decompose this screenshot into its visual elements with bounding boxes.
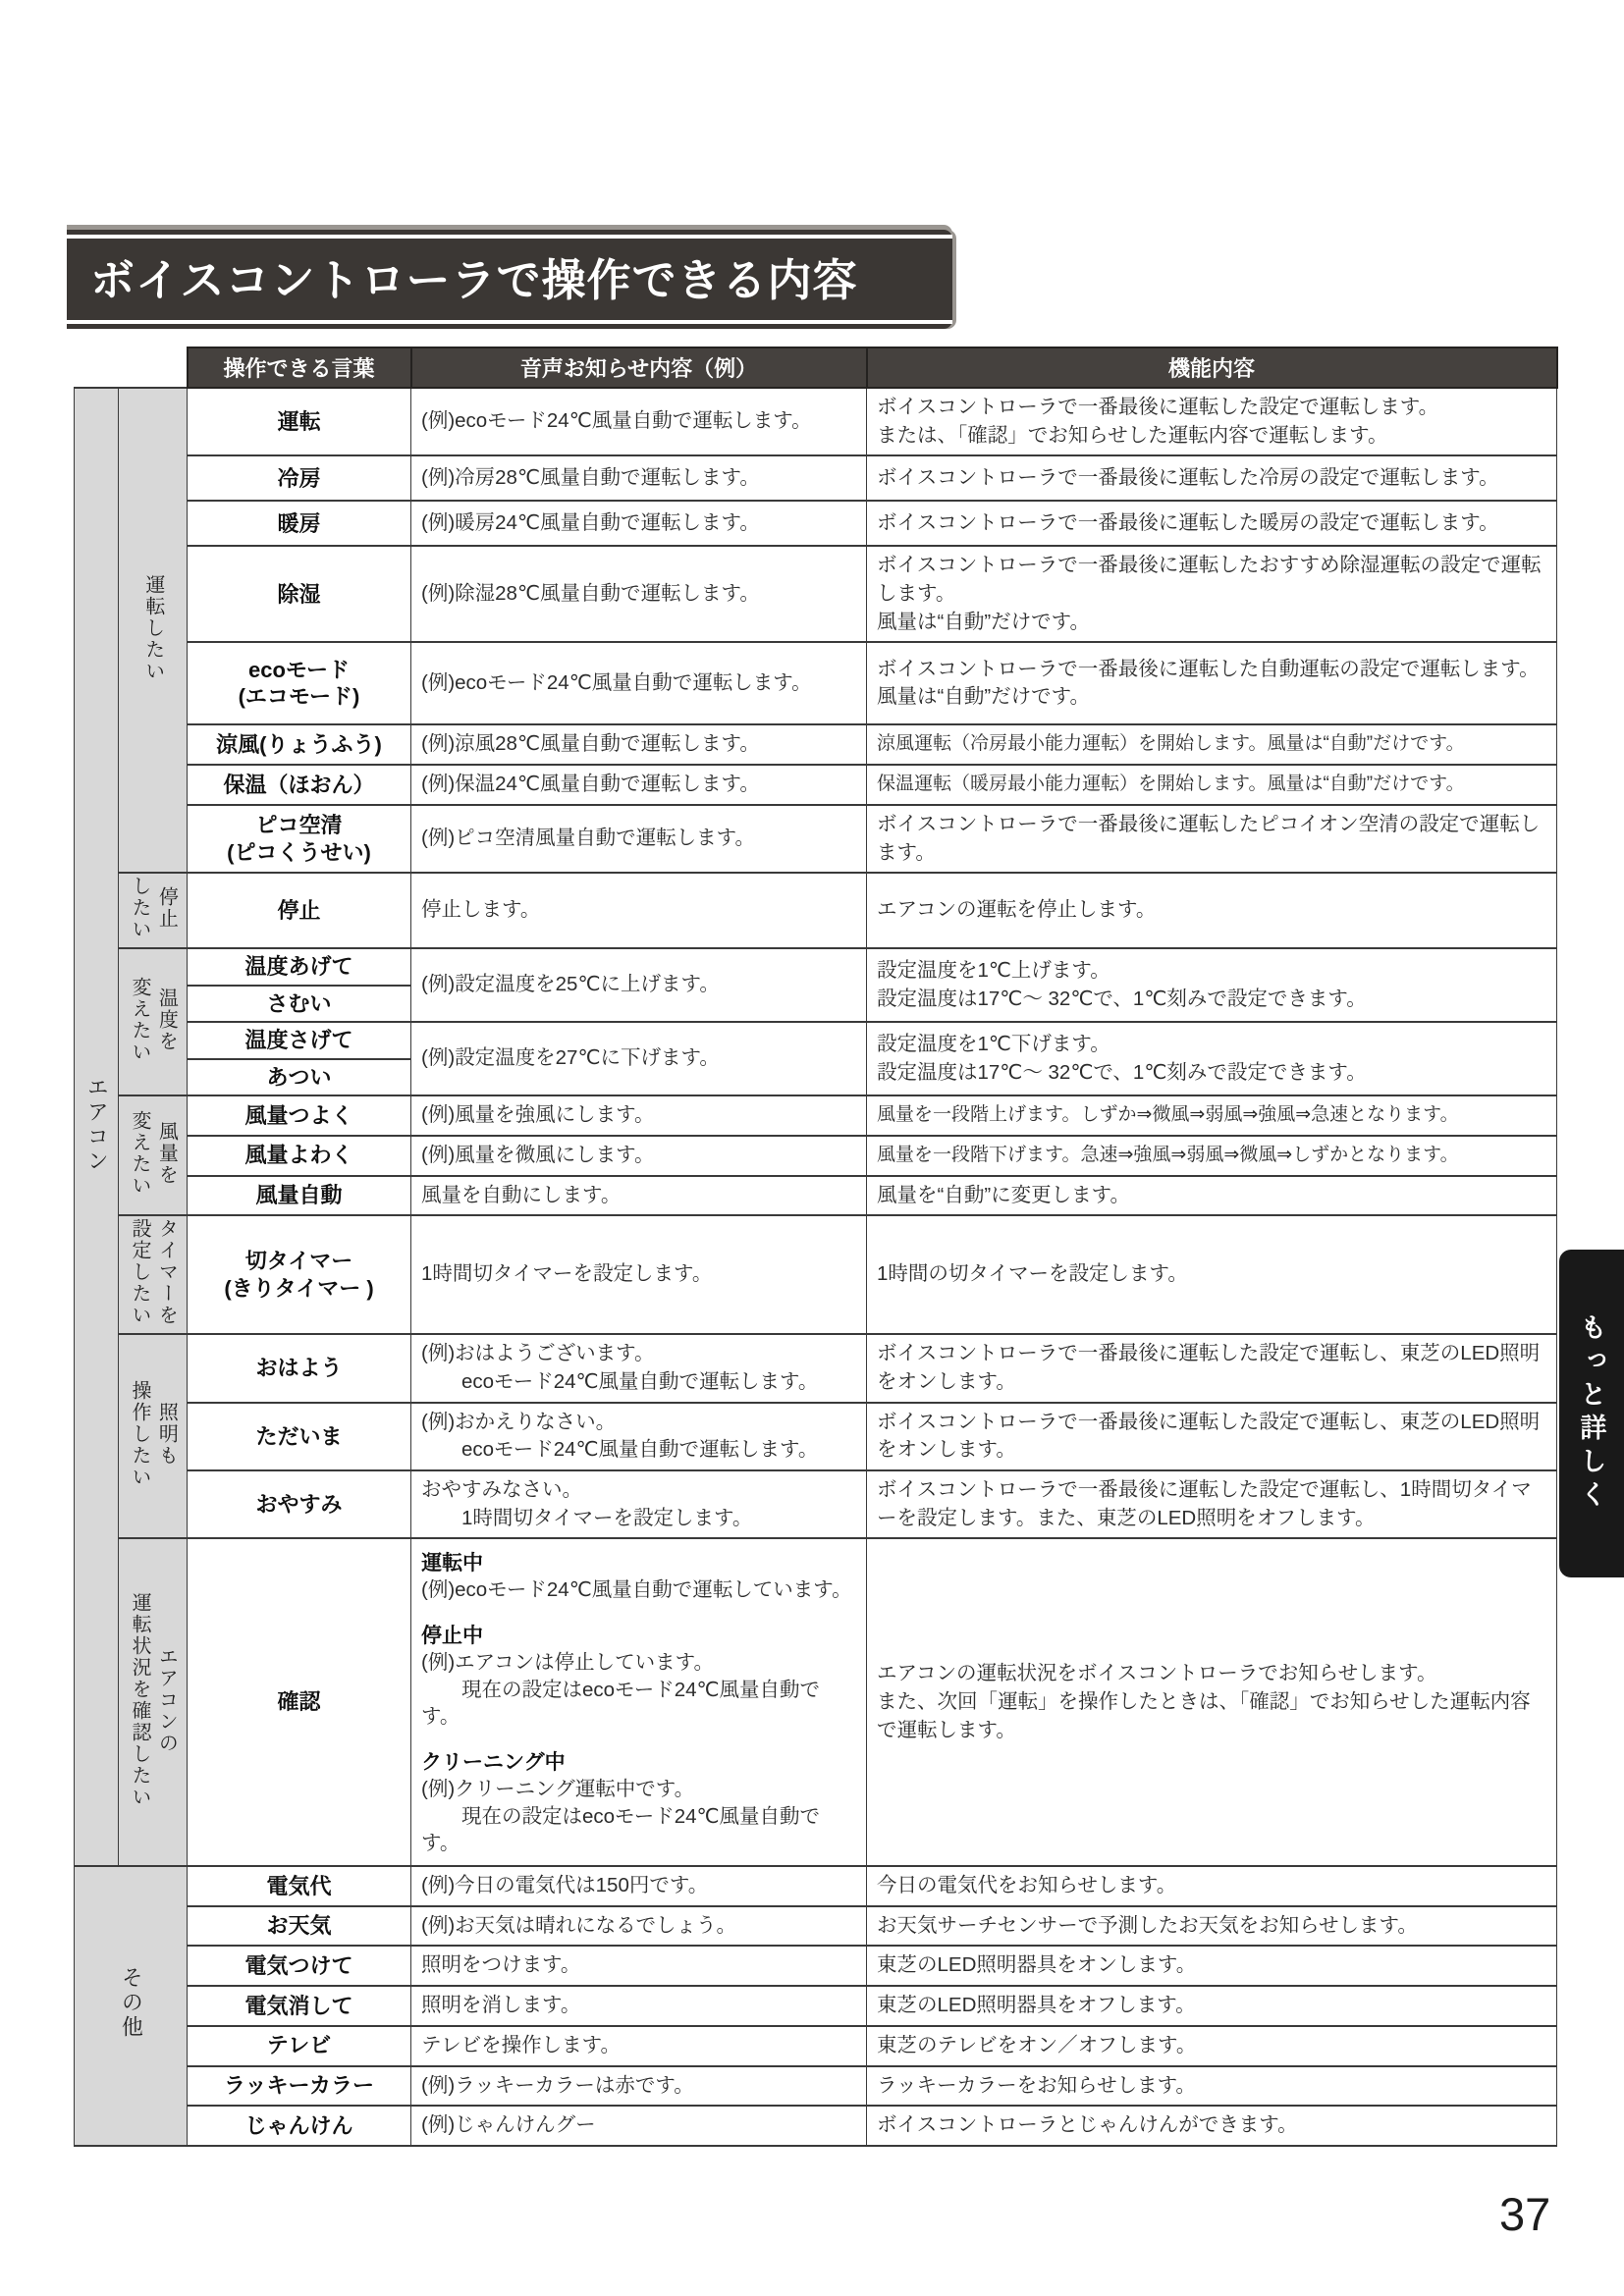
voice-cell: (例)保温24℃風量自動で運転します。 <box>411 765 867 805</box>
table-row: じゃんけん (例)じゃんけんグー ボイスコントローラとじゃんけんができます。 <box>75 2106 1557 2146</box>
func-cell: ボイスコントローラで一番最後に運転した設定で運転します。 または、「確認」でお知… <box>867 388 1557 455</box>
column-header-func: 機能内容 <box>867 347 1557 388</box>
column-header-voice: 音声お知らせ内容（例） <box>411 347 867 388</box>
word-cell: 風量つよく <box>188 1095 411 1136</box>
func-cell: ボイスコントローラで一番最後に運転した冷房の設定で運転します。 <box>867 455 1557 501</box>
voice-cell: (例)おかえりなさい。 ecoモード24℃風量自動で運転します。 <box>411 1403 867 1470</box>
voice-cell: (例)涼風28℃風量自動で運転します。 <box>411 724 867 765</box>
func-cell: 保温運転（暖房最小能力運転）を開始します。風量は“自動”だけです。 <box>867 765 1557 805</box>
func-cell: 東芝のLED照明器具をオフします。 <box>867 1986 1557 2026</box>
subgroup-cell-ondo: 温度を変えたい <box>119 948 188 1095</box>
voice-cell: 照明を消します。 <box>411 1986 867 2026</box>
voice-section: クリーニング中 (例)クリーニング運転中です。 現在の設定はecoモード24℃風… <box>421 1746 856 1857</box>
voice-command-table: 操作できる言葉 音声お知らせ内容（例） 機能内容 エアコン 運転したい 運転 (… <box>74 347 1558 2147</box>
table-row: タイマーを設定したい 切タイマー (きりタイマー ) 1時間切タイマーを設定しま… <box>75 1215 1557 1334</box>
word-cell: テレビ <box>188 2026 411 2066</box>
func-cell: ボイスコントローラで一番最後に運転した暖房の設定で運転します。 <box>867 501 1557 546</box>
subgroup-cell-fuuryou: 風量を変えたい <box>119 1095 188 1215</box>
word-cell: さむい <box>188 986 411 1023</box>
table-row: 温度を変えたい 温度あげて (例)設定温度を25℃に上げます。 設定温度を1℃上… <box>75 948 1557 986</box>
word-cell: ピコ空清 (ピコくうせい) <box>188 805 411 873</box>
func-cell: 設定温度を1℃上げます。 設定温度は17℃～ 32℃で、1℃刻みで設定できます。 <box>867 948 1557 1022</box>
table-row: 温度さげて (例)設定温度を27℃に下げます。 設定温度を1℃下げます。 設定温… <box>75 1022 1557 1059</box>
side-index-tab: もっと詳しく <box>1559 1250 1624 1577</box>
side-index-tab-label: もっと詳しく <box>1573 1313 1611 1514</box>
word-cell: 電気消して <box>188 1986 411 2026</box>
voice-cell: (例)風量を微風にします。 <box>411 1136 867 1176</box>
table-row: 冷房 (例)冷房28℃風量自動で運転します。 ボイスコントローラで一番最後に運転… <box>75 455 1557 501</box>
voice-cell: (例)じゃんけんグー <box>411 2106 867 2146</box>
word-cell: 暖房 <box>188 501 411 546</box>
word-cell: 風量よわく <box>188 1136 411 1176</box>
func-cell: お天気サーチセンサーで予測したお天気をお知らせします。 <box>867 1906 1557 1947</box>
word-cell: 保温（ほおん） <box>188 765 411 805</box>
word-cell: 運転 <box>188 388 411 455</box>
func-cell: ボイスコントローラで一番最後に運転したピコイオン空清の設定で運転します。 <box>867 805 1557 873</box>
voice-cell: (例)ecoモード24℃風量自動で運転します。 <box>411 642 867 724</box>
word-cell: 電気代 <box>188 1866 411 1906</box>
table-row: エアコン 運転したい 運転 (例)ecoモード24℃風量自動で運転します。 ボイ… <box>75 388 1557 455</box>
voice-section: 運転中 (例)ecoモード24℃風量自動で運転しています。 <box>421 1547 856 1604</box>
group-label-other: その他 <box>119 1966 143 2040</box>
voice-cell: (例)ラッキーカラーは赤です。 <box>411 2066 867 2107</box>
func-cell: 涼風運転（冷房最小能力運転）を開始します。風量は“自動”だけです。 <box>867 724 1557 765</box>
word-cell: おやすみ <box>188 1470 411 1538</box>
voice-cell: 運転中 (例)ecoモード24℃風量自動で運転しています。 停止中 (例)エアコ… <box>411 1538 867 1866</box>
page-title-bar: ボイスコントローラで操作できる内容 <box>67 230 952 329</box>
word-cell: おはよう <box>188 1334 411 1402</box>
func-cell: エアコンの運転状況をボイスコントローラでお知らせします。 また、次回「運転」を操… <box>867 1538 1557 1866</box>
page-title: ボイスコントローラで操作できる内容 <box>67 235 952 324</box>
word-cell: 温度さげて <box>188 1022 411 1059</box>
table-row: 電気消して 照明を消します。 東芝のLED照明器具をオフします。 <box>75 1986 1557 2026</box>
word-cell: 温度あげて <box>188 948 411 986</box>
table-row: ただいま (例)おかえりなさい。 ecoモード24℃風量自動で運転します。 ボイ… <box>75 1403 1557 1470</box>
voice-cell: (例)お天気は晴れになるでしょう。 <box>411 1906 867 1947</box>
table-row: 保温（ほおん） (例)保温24℃風量自動で運転します。 保温運転（暖房最小能力運… <box>75 765 1557 805</box>
voice-section: 停止中 (例)エアコンは停止しています。 現在の設定はecoモード24℃風量自動… <box>421 1620 856 1731</box>
voice-cell: (例)風量を強風にします。 <box>411 1095 867 1136</box>
word-cell: 風量自動 <box>188 1176 411 1216</box>
func-cell: 今日の電気代をお知らせします。 <box>867 1866 1557 1906</box>
voice-cell: (例)冷房28℃風量自動で運転します。 <box>411 455 867 501</box>
table-row: 風量を変えたい 風量つよく (例)風量を強風にします。 風量を一段階上げます。し… <box>75 1095 1557 1136</box>
voice-cell: おやすみなさい。 1時間切タイマーを設定します。 <box>411 1470 867 1538</box>
voice-cell: (例)設定温度を27℃に下げます。 <box>411 1022 867 1095</box>
word-cell: ラッキーカラー <box>188 2066 411 2107</box>
table-row: 電気つけて 照明をつけます。 東芝のLED照明器具をオンします。 <box>75 1946 1557 1986</box>
voice-cell: (例)今日の電気代は150円です。 <box>411 1866 867 1906</box>
func-cell: ボイスコントローラで一番最後に運転した設定で運転し、東芝のLED照明をオンします… <box>867 1403 1557 1470</box>
word-cell: 電気つけて <box>188 1946 411 1986</box>
voice-cell: (例)除湿28℃風量自動で運転します。 <box>411 546 867 642</box>
header-spacer <box>75 347 188 388</box>
func-cell: ボイスコントローラで一番最後に運転した自動運転の設定で運転します。 風量は“自動… <box>867 642 1557 724</box>
subgroup-cell-kakunin: エアコンの運転状況を確認したい <box>119 1538 188 1866</box>
voice-cell: テレビを操作します。 <box>411 2026 867 2066</box>
func-cell: エアコンの運転を停止します。 <box>867 873 1557 948</box>
table-row: エアコンの運転状況を確認したい 確認 運転中 (例)ecoモード24℃風量自動で… <box>75 1538 1557 1866</box>
table-row: お天気 (例)お天気は晴れになるでしょう。 お天気サーチセンサーで予測したお天気… <box>75 1906 1557 1947</box>
voice-cell: (例)設定温度を25℃に上げます。 <box>411 948 867 1022</box>
table-row: ピコ空清 (ピコくうせい) (例)ピコ空清風量自動で運転します。 ボイスコントロ… <box>75 805 1557 873</box>
table-row: おやすみ おやすみなさい。 1時間切タイマーを設定します。 ボイスコントローラで… <box>75 1470 1557 1538</box>
func-cell: 1時間の切タイマーを設定します。 <box>867 1215 1557 1334</box>
func-cell: ボイスコントローラで一番最後に運転した設定で運転し、1時間切タイマーを設定します… <box>867 1470 1557 1538</box>
voice-cell: 停止します。 <box>411 873 867 948</box>
word-cell: 除湿 <box>188 546 411 642</box>
word-cell: 涼風(りょうふう) <box>188 724 411 765</box>
subgroup-cell-unten: 運転したい <box>119 388 188 873</box>
group-label-aircon: エアコン <box>84 1076 109 1174</box>
page-number: 37 <box>1499 2187 1550 2241</box>
word-cell: じゃんけん <box>188 2106 411 2146</box>
table-header-row: 操作できる言葉 音声お知らせ内容（例） 機能内容 <box>75 347 1557 388</box>
voice-cell: 風量を自動にします。 <box>411 1176 867 1216</box>
table-row: 風量自動 風量を自動にします。 風量を“自動”に変更します。 <box>75 1176 1557 1216</box>
table-row: 停止したい 停止 停止します。 エアコンの運転を停止します。 <box>75 873 1557 948</box>
table-row: ラッキーカラー (例)ラッキーカラーは赤です。 ラッキーカラーをお知らせします。 <box>75 2066 1557 2107</box>
func-cell: ボイスコントローラで一番最後に運転したおすすめ除湿運転の設定で運転します。 風量… <box>867 546 1557 642</box>
word-cell: 冷房 <box>188 455 411 501</box>
table-row: その他 電気代 (例)今日の電気代は150円です。 今日の電気代をお知らせします… <box>75 1866 1557 1906</box>
word-cell: ただいま <box>188 1403 411 1470</box>
voice-cell: (例)おはようございます。 ecoモード24℃風量自動で運転します。 <box>411 1334 867 1402</box>
table-row: 暖房 (例)暖房24℃風量自動で運転します。 ボイスコントローラで一番最後に運転… <box>75 501 1557 546</box>
func-cell: 東芝のテレビをオン／オフします。 <box>867 2026 1557 2066</box>
table-row: 照明も操作したい おはよう (例)おはようございます。 ecoモード24℃風量自… <box>75 1334 1557 1402</box>
func-cell: 風量を一段階下げます。急速⇒強風⇒弱風⇒微風⇒しずかとなります。 <box>867 1136 1557 1176</box>
word-cell: ecoモード (エコモード) <box>188 642 411 724</box>
word-cell: お天気 <box>188 1906 411 1947</box>
table-row: 涼風(りょうふう) (例)涼風28℃風量自動で運転します。 涼風運転（冷房最小能… <box>75 724 1557 765</box>
manual-page: ボイスコントローラで操作できる内容 操作できる言葉 音声お知らせ内容（例） 機能… <box>0 0 1624 2296</box>
func-cell: ボイスコントローラとじゃんけんができます。 <box>867 2106 1557 2146</box>
voice-cell: (例)ecoモード24℃風量自動で運転します。 <box>411 388 867 455</box>
subgroup-cell-timer: タイマーを設定したい <box>119 1215 188 1334</box>
func-cell: 風量を一段階上げます。しずか⇒微風⇒弱風⇒強風⇒急速となります。 <box>867 1095 1557 1136</box>
func-cell: ラッキーカラーをお知らせします。 <box>867 2066 1557 2107</box>
func-cell: 東芝のLED照明器具をオンします。 <box>867 1946 1557 1986</box>
voice-cell: (例)暖房24℃風量自動で運転します。 <box>411 501 867 546</box>
word-cell: 停止 <box>188 873 411 948</box>
table-row: テレビ テレビを操作します。 東芝のテレビをオン／オフします。 <box>75 2026 1557 2066</box>
func-cell: 風量を“自動”に変更します。 <box>867 1176 1557 1216</box>
word-cell: あつい <box>188 1059 411 1096</box>
group-cell-other: その他 <box>75 1866 188 2146</box>
voice-cell: 照明をつけます。 <box>411 1946 867 1986</box>
table-row: 除湿 (例)除湿28℃風量自動で運転します。 ボイスコントローラで一番最後に運転… <box>75 546 1557 642</box>
subgroup-cell-shoumei: 照明も操作したい <box>119 1334 188 1538</box>
column-header-word: 操作できる言葉 <box>188 347 411 388</box>
voice-cell: (例)ピコ空清風量自動で運転します。 <box>411 805 867 873</box>
voice-cell: 1時間切タイマーを設定します。 <box>411 1215 867 1334</box>
word-cell: 切タイマー (きりタイマー ) <box>188 1215 411 1334</box>
func-cell: ボイスコントローラで一番最後に運転した設定で運転し、東芝のLED照明をオンします… <box>867 1334 1557 1402</box>
table-row: ecoモード (エコモード) (例)ecoモード24℃風量自動で運転します。 ボ… <box>75 642 1557 724</box>
subgroup-cell-teishi: 停止したい <box>119 873 188 948</box>
func-cell: 設定温度を1℃下げます。 設定温度は17℃～ 32℃で、1℃刻みで設定できます。 <box>867 1022 1557 1095</box>
word-cell: 確認 <box>188 1538 411 1866</box>
group-cell-aircon: エアコン <box>75 388 119 1866</box>
table-row: 風量よわく (例)風量を微風にします。 風量を一段階下げます。急速⇒強風⇒弱風⇒… <box>75 1136 1557 1176</box>
